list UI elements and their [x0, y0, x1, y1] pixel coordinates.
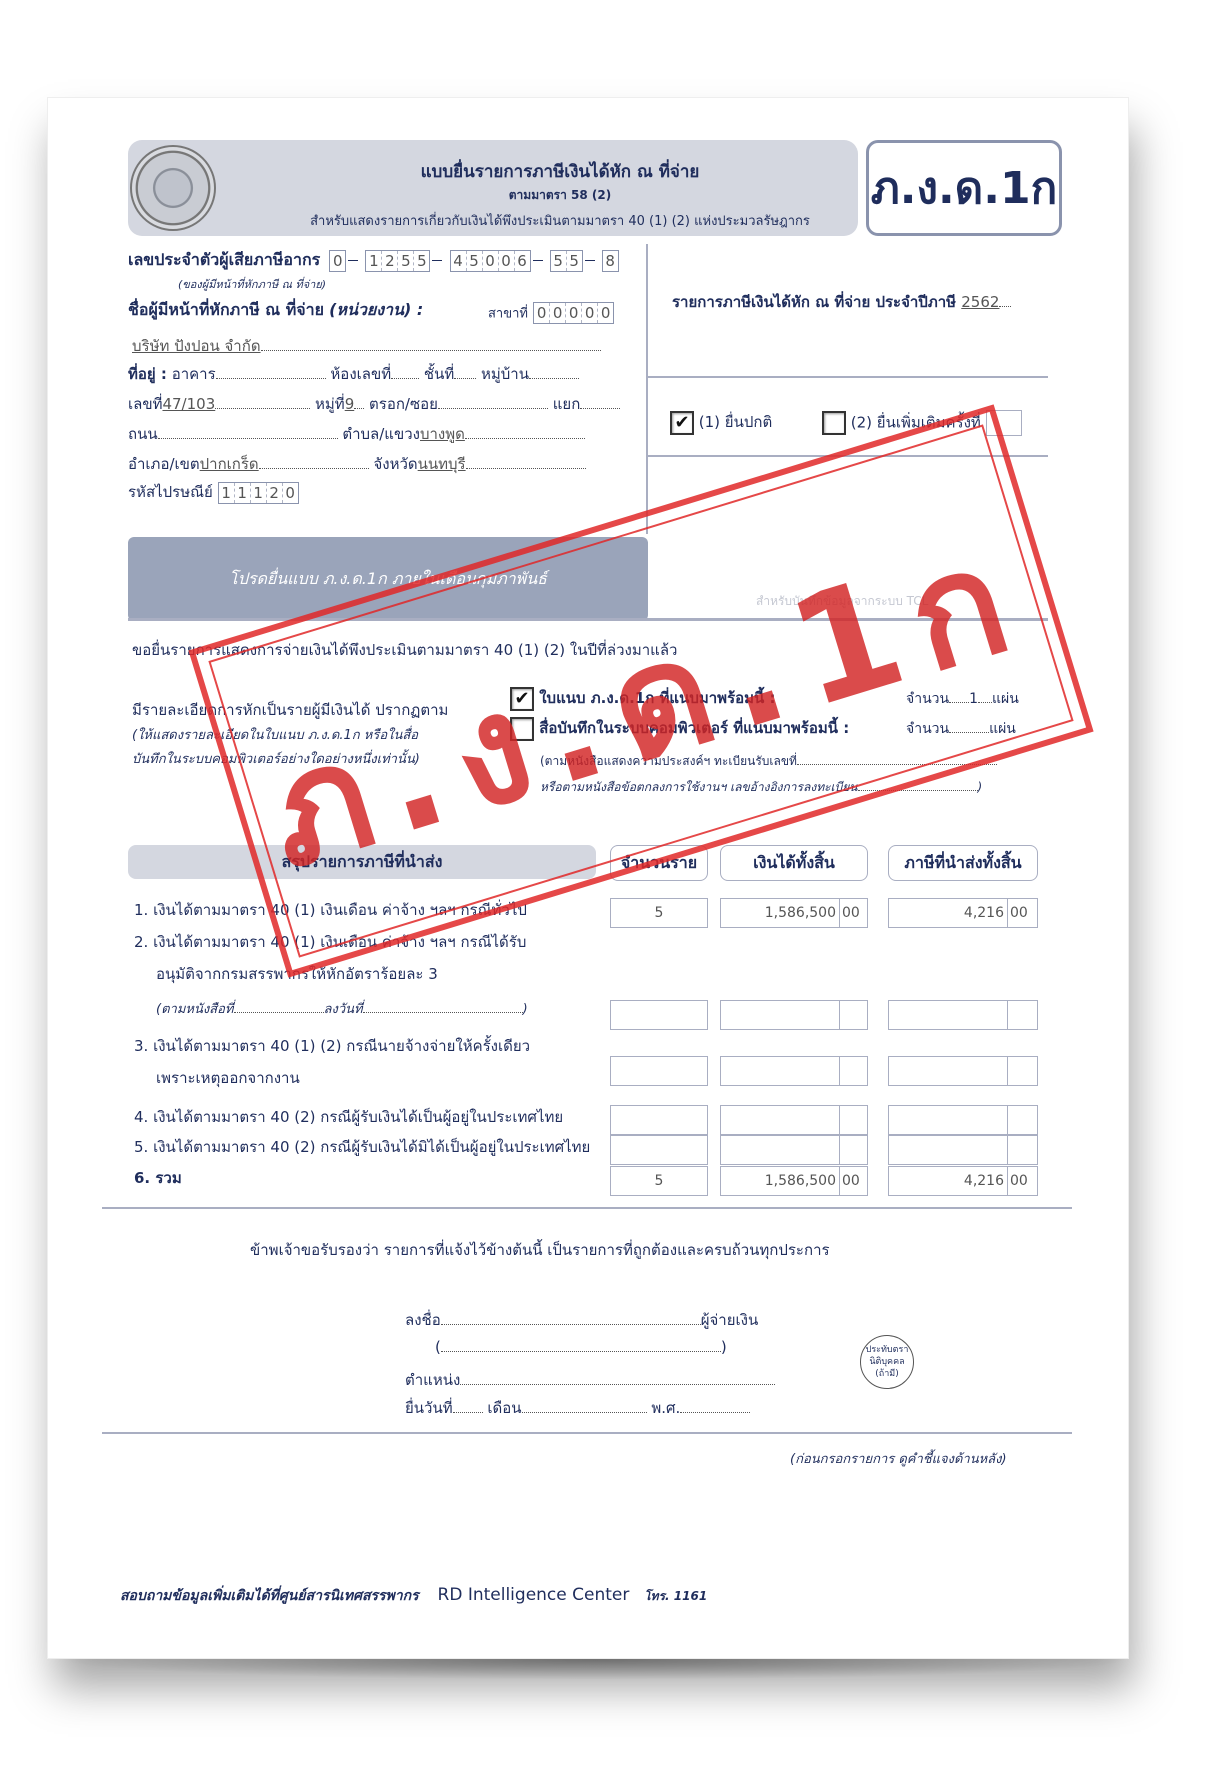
registration-ref-field[interactable] — [858, 790, 978, 791]
footer: สอบถามข้อมูลเพิ่มเติมได้ที่ศูนย์สารนิเทศ… — [120, 1585, 707, 1607]
postcode-label: รหัสไปรษณีย์ — [128, 483, 213, 501]
registration-no-field[interactable] — [797, 764, 997, 765]
moo-label: หมู่ที่ — [315, 395, 345, 413]
panel-divider — [646, 244, 648, 534]
tax-cell[interactable] — [888, 1056, 1038, 1086]
date-day-label: ยื่นวันที่ — [405, 1399, 453, 1417]
filing-additional-label: (2) ยื่นเพิ่มเติมครั้งที่ — [851, 414, 981, 432]
position-field[interactable] — [460, 1384, 775, 1385]
count-cell[interactable] — [610, 1135, 708, 1165]
count-cell[interactable]: 5 — [610, 1166, 708, 1196]
tax-id-row: เลขประจำตัวผู้เสียภาษีอากร 0 1255 45006 … — [128, 248, 619, 273]
media-count-row: จำนวนแผ่น — [906, 718, 1016, 740]
income-cell[interactable] — [720, 1135, 868, 1165]
payer-name-label-row: ชื่อผู้มีหน้าที่หักภาษี ณ ที่จ่าย (หน่วย… — [128, 298, 423, 323]
date-year-field[interactable] — [680, 1412, 750, 1413]
summary-bottom-line — [102, 1207, 1072, 1209]
form-description: สำหรับแสดงรายการเกี่ยวกับเงินได้พึงประเม… — [260, 210, 860, 231]
junction-field[interactable] — [580, 408, 620, 409]
subdistrict-label: ตำบล/แขวง — [342, 425, 420, 443]
postcode-field[interactable]: 11120 — [218, 482, 299, 504]
payer-name-field[interactable]: บริษัท ปังปอน จำกัด — [132, 334, 632, 358]
summary-row-label: 5. เงินได้ตามมาตรา 40 (2) กรณีผู้รับเงิน… — [134, 1135, 590, 1159]
certification-statement: ข้าพเจ้าขอรับรองว่า รายการที่แจ้งไว้ข้าง… — [250, 1238, 830, 1262]
revenue-department-logo-icon — [130, 145, 216, 231]
position-label: ตำแหน่ง — [405, 1371, 460, 1389]
count-cell[interactable] — [610, 1105, 708, 1135]
media-option[interactable]: สื่อบันทึกในระบบคอมพิวเตอร์ ที่แนบมาพร้อ… — [510, 716, 849, 741]
district-label: อำเภอ/เขต — [128, 455, 200, 473]
filing-additional-option[interactable]: (2) ยื่นเพิ่มเติมครั้งที่ — [822, 410, 1022, 436]
attachment-count-row: จำนวน1แผ่น — [906, 688, 1019, 710]
form-code-badge: ภ.ง.ด.1ก — [866, 140, 1062, 236]
media-note-2-row: หรือตามหนังสือข้อตกลงการใช้งานฯ เลขอ้างอ… — [540, 778, 982, 797]
media-unit: แผ่น — [989, 721, 1016, 737]
attachment-count-label: จำนวน — [906, 691, 949, 707]
tax-cell[interactable] — [888, 1000, 1038, 1030]
attachment-unit: แผ่น — [992, 691, 1019, 707]
income-cell[interactable] — [720, 1000, 868, 1030]
filing-normal-option[interactable]: ✔ (1) ยื่นปกติ — [670, 410, 772, 435]
media-note-1: (ตามหนังสือแสดงความประสงค์ฯ ทะเบียนรับเล… — [540, 754, 797, 768]
summary-row-label: 3. เงินได้ตามมาตรา 40 (1) (2) กรณีนายจ้า… — [134, 1034, 530, 1058]
paren-close: ) — [721, 1338, 727, 1356]
payer-label: ผู้จ่ายเงิน — [701, 1311, 759, 1329]
panel-hline-1 — [648, 376, 1048, 378]
footer-brand: RD Intelligence Center — [438, 1585, 630, 1605]
summary-row-label: 2. เงินได้ตามมาตรา 40 (1) เงินเดือน ค่าจ… — [134, 930, 526, 954]
instructions-note: (ก่อนกรอกรายการ ดูคำชี้แจงด้านหลัง) — [790, 1448, 1007, 1469]
branch-label: สาขาที่ — [488, 307, 528, 322]
date-row: ยื่นวันที่ เดือน พ.ศ. — [405, 1396, 750, 1420]
details-note-2: บันทึกในระบบคอมพิวเตอร์อย่างใดอย่างหนึ่ง… — [132, 748, 420, 769]
company-seal-placeholder: ประทับตรานิติบุคคล(ถ้ามี) — [860, 1335, 914, 1389]
branch-row: สาขาที่ 00000 — [488, 302, 614, 324]
address-label: ที่อยู่ : — [128, 365, 167, 383]
tax-cell[interactable] — [888, 1135, 1038, 1165]
count-cell[interactable] — [610, 1000, 708, 1030]
room-field[interactable] — [391, 378, 419, 379]
road-field[interactable] — [158, 438, 338, 439]
tax-id-group-5[interactable]: 8 — [602, 250, 619, 272]
subdistrict-field[interactable]: บางพูด — [420, 425, 465, 443]
media-count-field[interactable] — [949, 732, 989, 733]
address-row-3: ถนน ตำบล/แขวงบางพูด — [128, 422, 648, 446]
tax-cell[interactable]: 4,21600 — [888, 898, 1038, 928]
media-note-2: หรือตามหนังสือข้อตกลงการใช้งานฯ เลขอ้างอ… — [540, 780, 858, 794]
income-cell[interactable]: 1,586,50000 — [720, 1166, 868, 1196]
form-subtitle: ตามมาตรา 58 (2) — [260, 186, 860, 205]
summary-title-band: สรุปรายการภาษีที่นำส่ง — [128, 845, 596, 879]
form-title: แบบยื่นรายการภาษีเงินได้หัก ณ ที่จ่าย — [260, 158, 860, 185]
tax-id-note: (ของผู้มีหน้าที่หักภาษี ณ ที่จ่าย) — [178, 275, 326, 293]
postcode-row: รหัสไปรษณีย์ 11120 — [128, 480, 299, 504]
building-label: อาคาร — [172, 365, 216, 383]
payer-name-value: บริษัท ปังปอน จำกัด — [132, 337, 261, 355]
junction-label: แยก — [553, 395, 581, 413]
tcl-note: สำหรับบันทึกข้อมูลจากระบบ TCL — [756, 592, 928, 611]
moo-field[interactable]: 9 — [345, 395, 355, 413]
income-cell[interactable] — [720, 1105, 868, 1135]
media-note-1-row: (ตามหนังสือแสดงความประสงค์ฯ ทะเบียนรับเล… — [540, 752, 997, 771]
footer-phone: โทร. 1161 — [644, 1589, 707, 1603]
tax-id-group-4[interactable]: 55 — [550, 250, 583, 272]
income-cell[interactable]: 1,586,50000 — [720, 898, 868, 928]
band-divider — [128, 618, 1048, 621]
income-cell[interactable] — [720, 1056, 868, 1086]
building-field[interactable] — [216, 378, 326, 379]
floor-label: ชั้นที่ — [424, 365, 454, 383]
filing-normal-label: (1) ยื่นปกติ — [699, 413, 772, 431]
summary-title: สรุปรายการภาษีที่นำส่ง — [282, 850, 443, 875]
house-no-field[interactable]: 47/103 — [162, 395, 215, 413]
province-field[interactable]: นนทบุรี — [418, 455, 466, 473]
attachment-label: ใบแนบ ภ.ง.ด.1ก ที่แนบมาพร้อมนี้ : — [539, 689, 775, 707]
signer-name-field[interactable] — [441, 1351, 721, 1352]
attachment-count-field[interactable]: 1 — [969, 691, 978, 707]
col-tax-header: ภาษีที่นำส่งทั้งสิ้น — [888, 845, 1038, 881]
signature-row: ลงชื่อผู้จ่ายเงิน — [405, 1308, 758, 1332]
date-day-field[interactable] — [453, 1412, 483, 1413]
filing-normal-checkbox[interactable]: ✔ — [670, 411, 694, 435]
tax-id-group-1[interactable]: 0 — [329, 250, 346, 272]
signature-field[interactable] — [441, 1324, 701, 1325]
summary-row-label: 4. เงินได้ตามมาตรา 40 (2) กรณีผู้รับเงิน… — [134, 1105, 563, 1129]
tax-id-label: เลขประจำตัวผู้เสียภาษีอากร — [128, 250, 320, 269]
panel-hline-2 — [648, 455, 1048, 457]
summary-row-label: อนุมัติจากกรมสรรพากรให้หักอัตราร้อยละ 3 — [156, 962, 438, 986]
soi-field[interactable] — [438, 408, 548, 409]
house-no-label: เลขที่ — [128, 395, 162, 413]
attachment-option[interactable]: ✔ ใบแนบ ภ.ง.ด.1ก ที่แนบมาพร้อมนี้ : — [510, 686, 776, 711]
media-count-label: จำนวน — [906, 721, 949, 737]
media-checkbox[interactable] — [510, 717, 534, 741]
attachment-checkbox[interactable]: ✔ — [510, 687, 534, 711]
details-note-1: (ให้แสดงรายละเอียดในใบแนบ ภ.ง.ด.1ก หรือใ… — [132, 724, 418, 745]
deadline-note-band: โปรดยื่นแบบ ภ.ง.ด.1ก ภายในเดือนกุมภาพันธ… — [128, 537, 648, 621]
date-month-label: เดือน — [487, 1399, 521, 1417]
sign-label: ลงชื่อ — [405, 1311, 441, 1329]
signer-name-row: () — [435, 1338, 727, 1356]
summary-row-label: 6. รวม — [134, 1166, 182, 1190]
tax-year-row: รายการภาษีเงินได้หัก ณ ที่จ่าย ประจำปีภา… — [672, 290, 1011, 314]
media-label: สื่อบันทึกในระบบคอมพิวเตอร์ ที่แนบมาพร้อ… — [539, 719, 849, 737]
floor-field[interactable] — [454, 378, 476, 379]
details-label: มีรายละเอียดการหักเป็นรายผู้มีเงินได้ ปร… — [132, 698, 448, 722]
col-income-header: เงินได้ทั้งสิ้น — [720, 845, 868, 881]
road-label: ถนน — [128, 425, 158, 443]
col-count-header: จำนวนราย — [610, 845, 708, 881]
position-row: ตำแหน่ง — [405, 1368, 775, 1392]
address-row-2: เลขที่47/103 หมู่ที่9 ตรอก/ซอย แยก — [128, 392, 648, 416]
summary-row-label: เพราะเหตุออกจากงาน — [156, 1066, 300, 1090]
tax-year-field[interactable]: 2562 — [961, 293, 999, 311]
branch-number-field[interactable]: 00000 — [533, 302, 614, 324]
filing-additional-no-field[interactable] — [986, 410, 1022, 436]
summary-row-label: 1. เงินได้ตามมาตรา 40 (1) เงินเดือน ค่าจ… — [134, 898, 527, 922]
footer-text: สอบถามข้อมูลเพิ่มเติมได้ที่ศูนย์สารนิเทศ… — [120, 1588, 419, 1604]
village-field[interactable] — [529, 378, 579, 379]
count-cell[interactable] — [610, 1056, 708, 1086]
filing-additional-checkbox[interactable] — [822, 411, 846, 435]
paren-open: ( — [435, 1338, 441, 1356]
certification-bottom-line — [102, 1432, 1072, 1434]
village-label: หมู่บ้าน — [481, 365, 529, 383]
room-label: ห้องเลขที่ — [330, 365, 391, 383]
tax-id-group-3[interactable]: 45006 — [450, 250, 531, 272]
soi-label: ตรอก/ซอย — [369, 395, 438, 413]
address-row-4: อำเภอ/เขตปากเกร็ด จังหวัดนนทบุรี — [128, 452, 648, 476]
tax-id-group-2[interactable]: 1255 — [365, 250, 430, 272]
date-month-field[interactable] — [522, 1412, 647, 1413]
payer-name-label: ชื่อผู้มีหน้าที่หักภาษี ณ ที่จ่าย — [128, 300, 324, 319]
address-row-1: ที่อยู่ : อาคาร ห้องเลขที่ ชั้นที่ หมู่บ… — [128, 362, 648, 386]
count-cell[interactable]: 5 — [610, 898, 708, 928]
submission-intro: ขอยื่นรายการแสดงการจ่ายเงินได้พึงประเมิน… — [132, 638, 677, 662]
media-note-end: ) — [978, 780, 983, 794]
date-year-label: พ.ศ. — [651, 1399, 680, 1417]
tax-year-label: รายการภาษีเงินได้หัก ณ ที่จ่าย ประจำปีภา… — [672, 293, 956, 311]
summary-row-label: (ตามหนังสือที่ลงวันที่) — [156, 998, 528, 1019]
tax-cell[interactable]: 4,21600 — [888, 1166, 1038, 1196]
district-field[interactable]: ปากเกร็ด — [200, 455, 259, 473]
payer-name-label-unit: (หน่วยงาน) : — [329, 300, 423, 319]
deadline-note: โปรดยื่นแบบ ภ.ง.ด.1ก ภายในเดือนกุมภาพันธ… — [229, 567, 547, 592]
province-label: จังหวัด — [373, 455, 417, 473]
tax-cell[interactable] — [888, 1105, 1038, 1135]
